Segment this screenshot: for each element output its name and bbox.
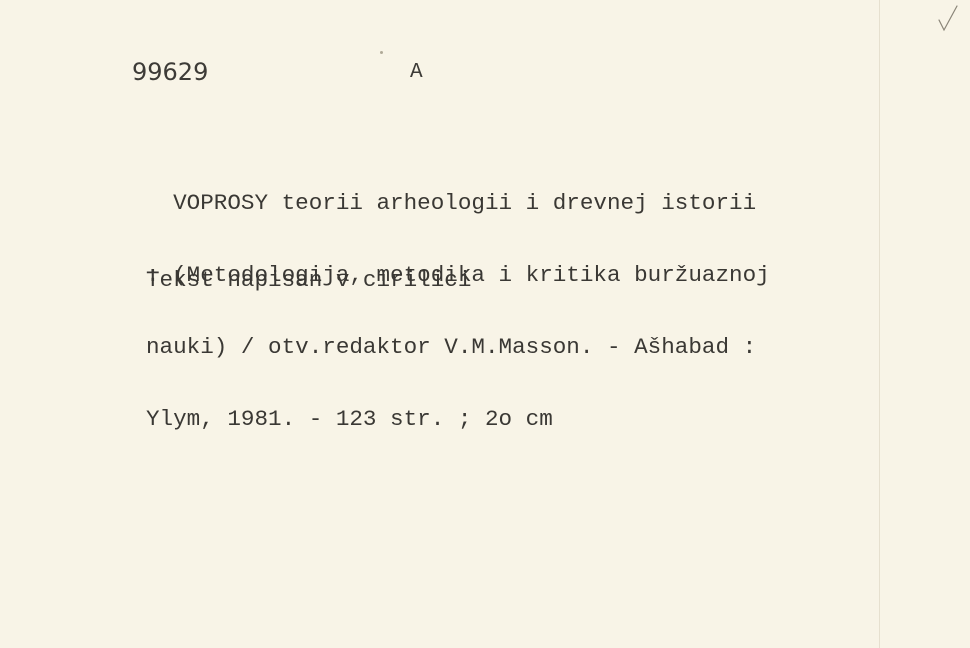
location-mark: A: [410, 61, 423, 84]
entry-line: VOPROSY teorii arheologii i drevnej isto…: [146, 191, 770, 215]
language-note: Tekst napisan v cirilici: [146, 268, 471, 292]
entry-line: Ylym, 1981. - 123 str. ; 2o cm: [146, 407, 770, 431]
check-mark-icon: [936, 4, 960, 32]
ink-speck: [380, 51, 383, 54]
entry-line: nauki) / otv.redaktor V.M.Masson. - Ašha…: [146, 335, 770, 359]
accession-number: 99629: [132, 58, 208, 86]
catalog-card: 99629 A VOPROSY teorii arheologii i drev…: [0, 0, 970, 648]
bibliographic-entry: VOPROSY teorii arheologii i drevnej isto…: [146, 143, 770, 479]
card-fold-line: [879, 0, 880, 648]
